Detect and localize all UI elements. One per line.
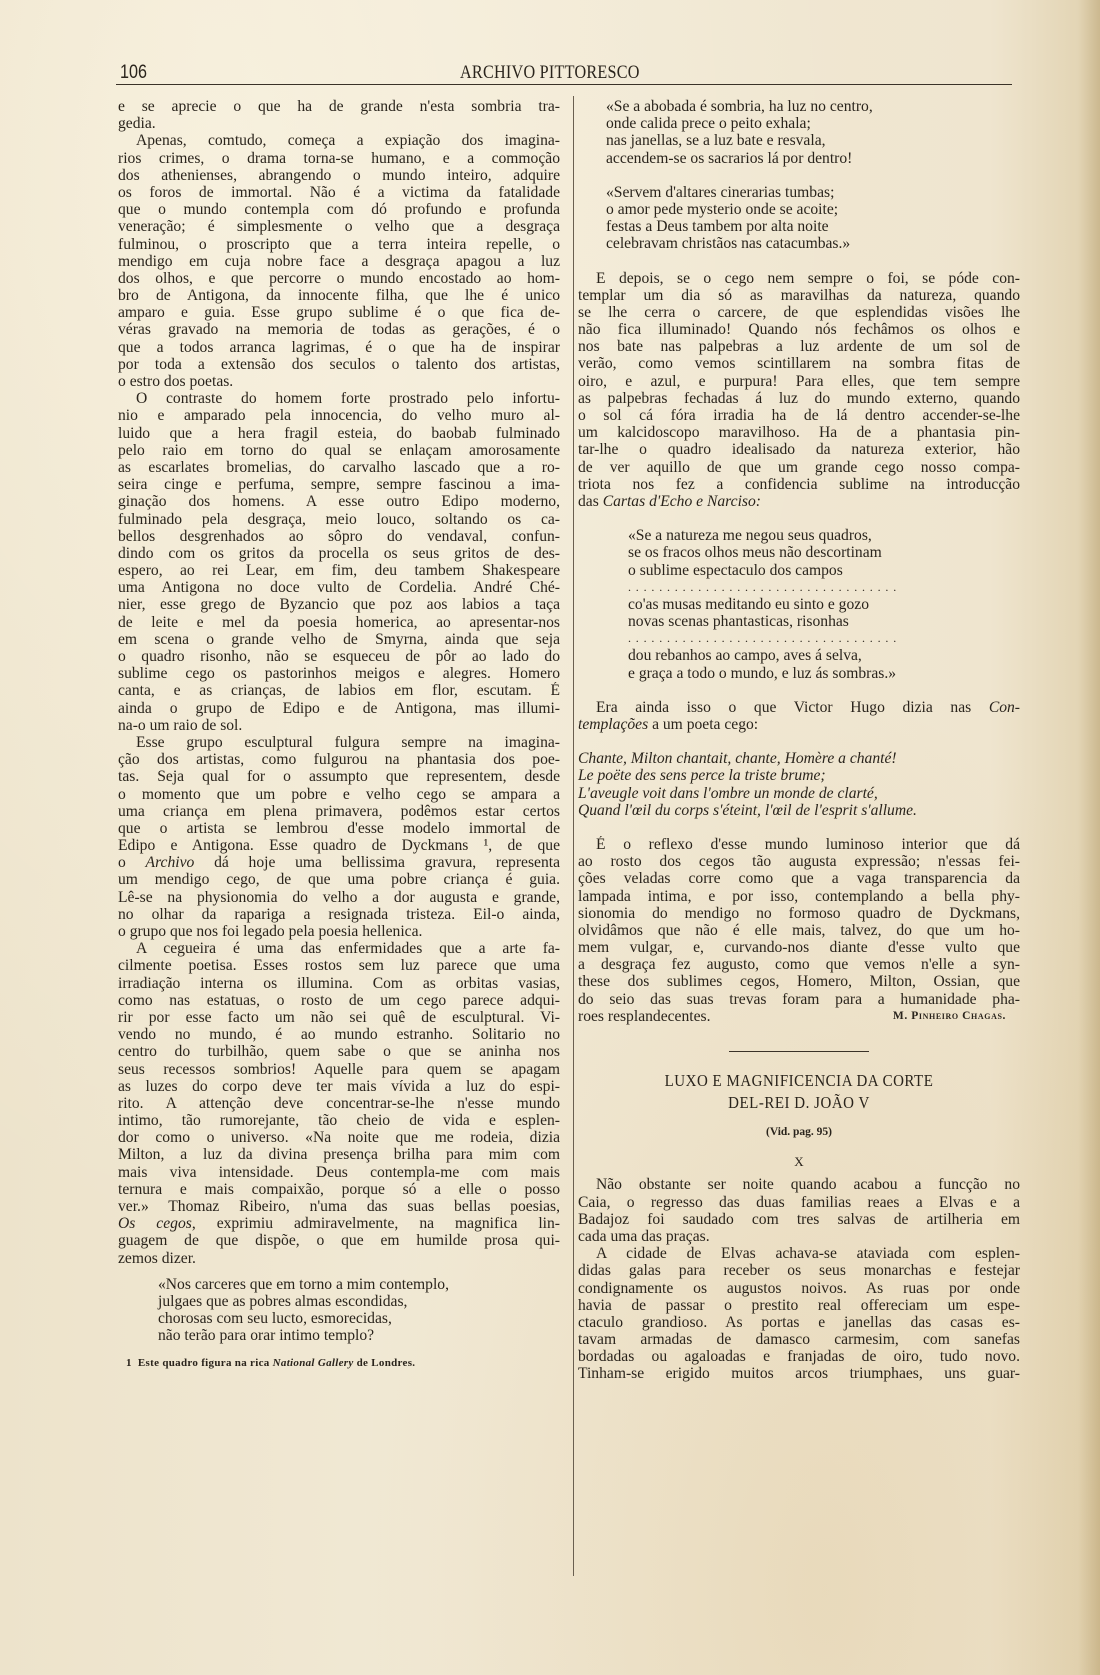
paragraph: e se aprecie o que ha de grande n'esta s… [118,98,560,132]
text-line: no olhar da rapariga a resignada tristez… [118,906,560,923]
text: das [578,493,599,510]
verse-line: novas scenas phantasticas, risonhas [628,613,1020,630]
text-line: É o reflexo d'esse mundo luminoso interi… [578,836,1020,853]
paragraph-last-line: das Cartas d'Echo e Narciso: [578,493,1020,510]
column-divider [573,96,574,1576]
text-line: um mendigo cego, de que uma pobre crianç… [118,871,560,888]
text-line: E depois, se o cego nem sempre o foi, se… [578,270,1020,287]
text-line: lampada intima, e por isso, contemplando… [578,888,1020,905]
text-line: A cegueira é uma das enfermidades que a … [118,940,560,957]
text-line: sionomia do mendigo no formoso quadro de… [578,905,1020,922]
text-line: nier, esse grego de Byzancio que poz aos… [118,596,560,613]
paragraph: Apenas, comtudo, começa a expiação dos i… [118,132,560,390]
text-line: seus recessos sombrios! Aquelle para que… [118,1061,560,1078]
verse-line: chorosas com seu lucto, esmorecidas, [158,1310,560,1327]
verse-line: nas janellas, se a luz bate e resvala, [606,132,1020,149]
text-line: tavam armadas de damasco carmesim, com s… [578,1331,1020,1348]
text-line: guagem de que dispõe, o que em humilde p… [118,1232,560,1249]
book-title: Con- [989,699,1020,716]
paragraph: A cegueira é uma das enfermidades que a … [118,940,560,1267]
text-line: Milton, a luz da divina presença brilha … [118,1146,560,1163]
paragraph-last-line: roes resplandecentes. M. Pinheiro Chagas… [578,1008,1020,1025]
text-line: ções veladas corre como que a vaga trans… [578,870,1020,887]
text-line: ver.» Thomaz Ribeiro, n'uma das suas bel… [118,1198,560,1215]
verse-line: julgaes que as pobres almas escondidas, [158,1293,560,1310]
text-line: Não obstante ser noite quando acabou a f… [578,1176,1020,1193]
poem-stanza: «Se a abobada é sombria, ha luz no centr… [606,98,1020,167]
page-header: 106 ARCHIVO PITTORESCO [116,58,1012,85]
text-line: as palpebras fechadas á luz do mundo ext… [578,390,1020,407]
text-line: Badajoz foi saudado com tres salvas de a… [578,1211,1020,1228]
text-line: Apenas, comtudo, começa a expiação dos i… [118,132,560,149]
text-line: intimo, tão rumorejante, tão cheio de vi… [118,1112,560,1129]
verse-line: Le poëte des sens perce la triste brume; [578,767,1020,784]
text-line: seira cinge e perfuma, sempre, sempre fa… [118,476,560,493]
text-line: pelo raio em torno do qual se enlaçam am… [118,442,560,459]
poem-part: co'as musas meditando eu sinto e gozonov… [628,596,1020,630]
text-line: de leite e mel da poesia homerica, ao ap… [118,614,560,631]
poem-part: «Se a natureza me negou seus quadros,se … [628,527,1020,579]
text-line: como nas estatuas, o rosto de um cego pa… [118,992,560,1009]
text-line: bro de Antigona, da innocente filha, que… [118,287,560,304]
section-rule [729,1051,869,1052]
verse-line: «Se a abobada é sombria, ha luz no centr… [606,98,1020,115]
text-line: Os cegos, exprimiu admiravelmente, na ma… [118,1215,560,1232]
text-line: cada uma das praças. [578,1228,1020,1245]
text-line: tar-lhe o quadro idealisado da natureza … [578,441,1020,458]
text-line: Esse grupo esculptural fulgura sempre na… [118,734,560,751]
text-line: A cidade de Elvas achava-se ataviada com… [578,1245,1020,1262]
page-number: 106 [120,62,147,84]
paragraph-line: Era ainda isso o que Victor Hugo dizia n… [578,699,1020,716]
text-line: tas. Seja qual for o assumpto que repres… [118,768,560,785]
text-line: didas galas para receber os seus monarch… [578,1262,1020,1279]
text-line: zemos dizer. [118,1250,560,1267]
text-line: dos olhos, e que percorre o mundo encost… [118,270,560,287]
verse-line: o amor pede mysterio onde se acoite; [606,201,1020,218]
title-line: LUXO E MAGNIFICENCIA DA CORTE [605,1070,994,1092]
text-line: nos bate nas palpebras a luz ardente de … [578,338,1020,355]
text-line: espero, ao rei Lear, em fim, deu tambem … [118,562,560,579]
text-line: o momento que um pobre e velho cego se a… [118,786,560,803]
text-line: O contraste do homem forte prostrado pel… [118,390,560,407]
verse-line: «Servem d'altares cinerarias tumbas; [606,184,1020,201]
text-line: bellos desgrenhados ao sôpro do vendaval… [118,528,560,545]
verse-line: accendem-se os sacrarios lá por dentro! [606,150,1020,167]
verse-line: e graça a todo o mundo, e luz ás sombras… [628,665,1020,682]
paragraph: A cidade de Elvas achava-se ataviada com… [578,1245,1020,1383]
title-line: DEL-REI D. JOÃO V [605,1092,994,1114]
ellipsis-dots: ................................... [628,630,1020,647]
paragraph: E depois, se o cego nem sempre o foi, se… [578,270,1020,493]
text-line: verão, como vemos scintillarem na sombra… [578,355,1020,372]
text: roes resplandecentes. [578,1008,711,1025]
text-line: que a todos arranca lagrimas, é o que ha… [118,339,560,356]
paragraph: É o reflexo d'esse mundo luminoso interi… [578,836,1020,1008]
article-reference: (Vid. pag. 95) [578,1124,1020,1141]
paragraph: Esse grupo esculptural fulgura sempre na… [118,734,560,940]
paragraph: Não obstante ser noite quando acabou a f… [578,1176,1020,1245]
section-number: X [578,1153,1020,1170]
text-line: ainda o grupo de Edipo e de Antigona, ma… [118,700,560,717]
text-line: ternura e mais compaixão, porque só a el… [118,1181,560,1198]
verse-line: co'as musas meditando eu sinto e gozo [628,596,1020,613]
footnote-marker: 1 [126,1357,132,1369]
text-line: na-o um raio de sol. [118,717,560,734]
text-line: veneração; é simplesmente o velho que a … [118,218,560,235]
verse-line: dou rebanhos ao campo, aves á selva, [628,647,1020,664]
verse-line: «Se a natureza me negou seus quadros, [628,527,1020,544]
text-line: o sol cá fóra irradia ha de lá dentro ac… [578,407,1020,424]
text-line: gedia. [118,115,560,132]
text-line: o grupo que nos foi legado pela poesia h… [118,923,560,940]
footnote: 1 Este quadro figura na rica National Ga… [126,1355,560,1372]
book-title: Cartas d'Echo e Narciso: [603,493,761,510]
poem-quote: «Nos carceres que em torno a mim contemp… [158,1276,560,1345]
text-line: dos athenienses, abrangendo o mundo inte… [118,167,560,184]
text-line: olvidâmos que não é elle mais, talvez, d… [578,922,1020,939]
text-line: condignamente os augustos noivos. As rua… [578,1280,1020,1297]
text-line: ginação dos homens. A esse outro Edipo m… [118,493,560,510]
text-line: luido que a hera fragil esteia, do baoba… [118,425,560,442]
text-line: vendo no mundo, é ao mundo estranho. Sol… [118,1026,560,1043]
text-line: nio e amparado pela innocencia, do velho… [118,407,560,424]
text-line: centro do turbilhão, quem sabe o que se … [118,1043,560,1060]
text-line: se lhe cerra o carcere, de que esplendid… [578,304,1020,321]
poem-part: dou rebanhos ao campo, aves á selva,e gr… [628,647,1020,681]
text-line: o estro dos poetas. [118,373,560,390]
text-line: os foros de immortal. Não é a victima da… [118,184,560,201]
text-line: do seio das suas trevas foram para a hum… [578,991,1020,1008]
right-column: «Se a abobada é sombria, ha luz no centr… [578,98,1020,1383]
text: Era ainda isso o que Victor Hugo dizia n… [596,699,971,716]
footnote-text: Este quadro figura na rica [138,1357,270,1369]
text-line: um kalcidoscopo maravilhoso. Ha de a pha… [578,424,1020,441]
article-title: LUXO E MAGNIFICENCIA DA CORTE DEL-REI D.… [605,1070,994,1114]
text-line: rir por esse facto um não sei quê de esc… [118,1009,560,1026]
text: a um poeta cego: [652,716,758,733]
text-line: Lê-se na physionomia do velho a dor augu… [118,889,560,906]
text-line: o quadro risonho, não se esqueceu de pôr… [118,648,560,665]
text-line: mais viva intensidade. Deus contempla-me… [118,1164,560,1181]
author-signature: M. Pinheiro Chagas. [893,1008,1006,1025]
text-line: as luzes do corpo deve ter mais vívida a… [118,1078,560,1095]
running-title: ARCHIVO PITTORESCO [460,62,640,84]
text-line: fulminado pela desgraça, meio louco, sol… [118,511,560,528]
text-line: uma criança em plena primavera, podêmos … [118,803,560,820]
verse-line: o sublime espectaculo dos campos [628,562,1020,579]
verse-line: não terão para orar intimo templo? [158,1327,560,1344]
text-line: ao rosto dos cegos tão augusta expressão… [578,853,1020,870]
text-line: irradiação interna os illumina. Com as o… [118,975,560,992]
text-line: rios crimes, o drama torna-se humano, e … [118,150,560,167]
text-line: dindo com os gritos da procella os seus … [118,545,560,562]
text-line: Caia, o regresso das duas familias reaes… [578,1194,1020,1211]
verse-line: Chante, Milton chantait, chante, Homère … [578,750,1020,767]
text-line: de ver aquillo de que um grande cego nos… [578,459,1020,476]
text-line: havia de passar o prestito real offereci… [578,1297,1020,1314]
text-line: triota nos fez a confidencia sublime na … [578,476,1020,493]
text-line: cilmente poetisa. Esses rostos sem luz p… [118,957,560,974]
text-line: fulminou, o proscripto que a terra intei… [118,236,560,253]
text-line: uma Antigona no doce vulto de Cordelia. … [118,579,560,596]
text-line: e se aprecie o que ha de grande n'esta s… [118,98,560,115]
footnote-text-end: de Londres. [357,1357,416,1369]
paragraph: O contraste do homem forte prostrado pel… [118,390,560,734]
text-line: ção dos artistas, como fulgurou na phant… [118,751,560,768]
text-line: sublime cego os pastorinhos meigos e ale… [118,665,560,682]
verse-line: «Nos carceres que em torno a mim contemp… [158,1276,560,1293]
text-line: em scena o grande velho de Smyrna, ainda… [118,631,560,648]
text-line: mendigo em cuja nobre face a desgraça ap… [118,253,560,270]
text-line: Edipo e Antigona. Esse quadro de Dyckman… [118,837,560,854]
text-line: templar um dia só as maravilhas da natur… [578,287,1020,304]
text-line: amparo e guia. Esse grupo sublime é o qu… [118,304,560,321]
book-title: templações [578,716,648,733]
text-line: ctaculo grandioso. As portas e janellas … [578,1314,1020,1331]
text-line: rito. A attenção deve concentrar-se-lhe … [118,1095,560,1112]
left-column: e se aprecie o que ha de grande n'esta s… [118,98,560,1372]
text-line: por toda a extensão dos seculos o talent… [118,356,560,373]
poem-stanza: «Servem d'altares cinerarias tumbas;o am… [606,184,1020,253]
poem-excerpt: «Se a natureza me negou seus quadros,se … [628,527,1020,682]
footnote-italic: National Gallery [273,1357,354,1369]
verse-line: L'aveugle voit dans l'ombre un monde de … [578,785,1020,802]
verse-line: festas a Deus tambem por alta noite [606,218,1020,235]
text-line: que o mundo contempla com dó profundo e … [118,201,560,218]
text-line: não fica illuminado! Quando nós fechâmos… [578,321,1020,338]
text-line: véras gravado na memoria de todas as ger… [118,321,560,338]
text-line: dor como o universo. «Na noite que me ro… [118,1129,560,1146]
ellipsis-dots: ................................... [628,579,1020,596]
text-line: que o artista se lembrou d'esse modelo i… [118,820,560,837]
text-line: o Archivo dá hoje uma bellissima gravura… [118,854,560,871]
text-line: bordadas ou agaloadas e franjadas de oir… [578,1348,1020,1365]
text-line: these dos sublimes cegos, Homero, Milton… [578,973,1020,990]
verse-line: onde calida prece o peito exhala; [606,115,1020,132]
french-poem: Chante, Milton chantait, chante, Homère … [578,750,1020,819]
paragraph-line: templações a um poeta cego: [578,716,1020,733]
verse-line: se os fracos olhos meus não descortinam [628,544,1020,561]
text-line: canta, e as crianças, de labios em flor,… [118,682,560,699]
text-line: as escarlates bromelias, do carvalho las… [118,459,560,476]
verse-line: celebravam christãos nas catacumbas.» [606,235,1020,252]
text-line: mem vulgar, e, curvando-nos diante d'ess… [578,939,1020,956]
text-line: a desgraça fez augusto, como que vemos n… [578,956,1020,973]
verse-line: Quand l'œil du corps s'éteint, l'œil de … [578,802,1020,819]
text-line: Tinham-se erigido muitos arcos triumphae… [578,1365,1020,1382]
text-line: oiro, e azul, e purpura! Para elles, que… [578,373,1020,390]
